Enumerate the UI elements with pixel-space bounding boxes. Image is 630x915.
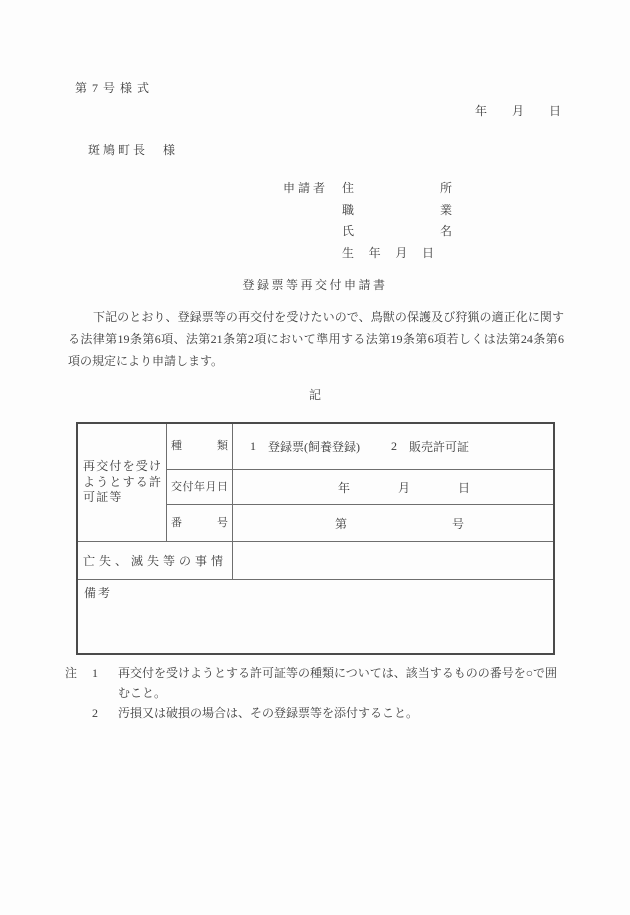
application-table: 再交付を受け ようとする許 可証等 種 類 1 登録票(飼養登録) 2 販売許可… [76,422,555,655]
notes: 注 1 再交付を受けようとする許可証等の種類については、該当するものの番号を○で… [65,663,557,723]
choice-2-number: 2 [391,439,397,454]
note-item-2: 2 汚損又は破損の場合は、その登録票等を添付すること。 [65,703,557,723]
remarks-cell: 備考 [78,579,553,653]
year-label: 年 [475,102,487,119]
issue-date-value-cell: 年 月 日 [232,469,553,504]
body-line: 下記のとおり、登録票等の再交付を受けたいので、鳥獣の保護及び狩猟の適正化に関す [68,306,564,328]
document-title: 登録票等再交付申請書 [0,276,630,293]
note-item-2-line-1: 汚損又は破損の場合は、その登録票等を添付すること。 [118,703,418,723]
permit-header-line: 可証等 [83,490,166,506]
applicant-field-birthdate: 生年月日 [342,243,434,265]
body-line: 項の規定により申請します。 [68,350,564,372]
body-line: る法律第19条第6項、法第21条第2項において準用する法第19条第6項若しくは法… [68,328,564,350]
kind-value-cell: 1 登録票(飼養登録) 2 販売許可証 [232,424,553,469]
note-item-1-text: 再交付を受けようとする許可証等の種類については、該当するものの番号を○で囲 むこ… [118,663,557,703]
applicant-label: 申請者 [283,178,328,200]
record-mark: 記 [0,386,630,403]
form-number: 第7号様式 [75,79,154,96]
applicant-field-occupation: 職 業 [342,200,452,222]
applicant-field-address: 住 所 [342,178,452,200]
note-heading: 注 [65,663,92,683]
note-item-2-number: 2 [92,703,118,723]
loss-label-cell: 亡失、滅失等の事情 [78,541,232,579]
issue-month-label: 月 [398,479,410,496]
number-label-cell: 番 号 [166,504,232,541]
note-item-2-text: 汚損又は破損の場合は、その登録票等を添付すること。 [118,703,418,723]
remarks-label: 備考 [84,586,112,600]
application-form-page: 第7号様式 年 月 日 斑鳩町長 様 申請者 住 所 職 業 氏 名 生年月日 … [0,0,630,915]
number-value-cell: 第 号 [232,504,553,541]
number-prefix: 第 [335,515,347,532]
note-item-1: 注 1 再交付を受けようとする許可証等の種類については、該当するものの番号を○で… [65,663,557,703]
issue-day-label: 日 [458,479,470,496]
issue-date-label-cell: 交付年月日 [166,469,232,504]
note-item-1-number: 1 [92,663,118,683]
month-label: 月 [512,102,524,119]
permit-header-line: 再交付を受け [83,459,166,475]
choice-1-label: 登録票(飼養登録) [268,438,360,455]
day-label: 日 [549,102,561,119]
note-item-1-line-2: むこと。 [118,683,557,703]
applicant-fields: 住 所 職 業 氏 名 生年月日 [342,178,452,264]
note-item-1-line-1: 再交付を受けようとする許可証等の種類については、該当するものの番号を○で囲 [118,663,557,683]
issue-year-label: 年 [338,479,350,496]
addressee: 斑鳩町長 様 [88,141,178,158]
kind-label-cell: 種 類 [166,424,232,469]
applicant-block: 申請者 住 所 職 業 氏 名 生年月日 [283,178,452,264]
applicant-field-name: 氏 名 [342,221,452,243]
date-line: 年 月 日 [475,102,561,119]
choice-1-number: 1 [250,439,256,454]
body-paragraph: 下記のとおり、登録票等の再交付を受けたいので、鳥獣の保護及び狩猟の適正化に関す … [68,306,564,372]
permit-header-cell: 再交付を受け ようとする許 可証等 [78,424,166,541]
choice-2-label: 販売許可証 [409,438,469,455]
loss-value-cell [232,541,553,579]
number-suffix: 号 [452,515,464,532]
permit-header-line: ようとする許 [83,475,166,491]
